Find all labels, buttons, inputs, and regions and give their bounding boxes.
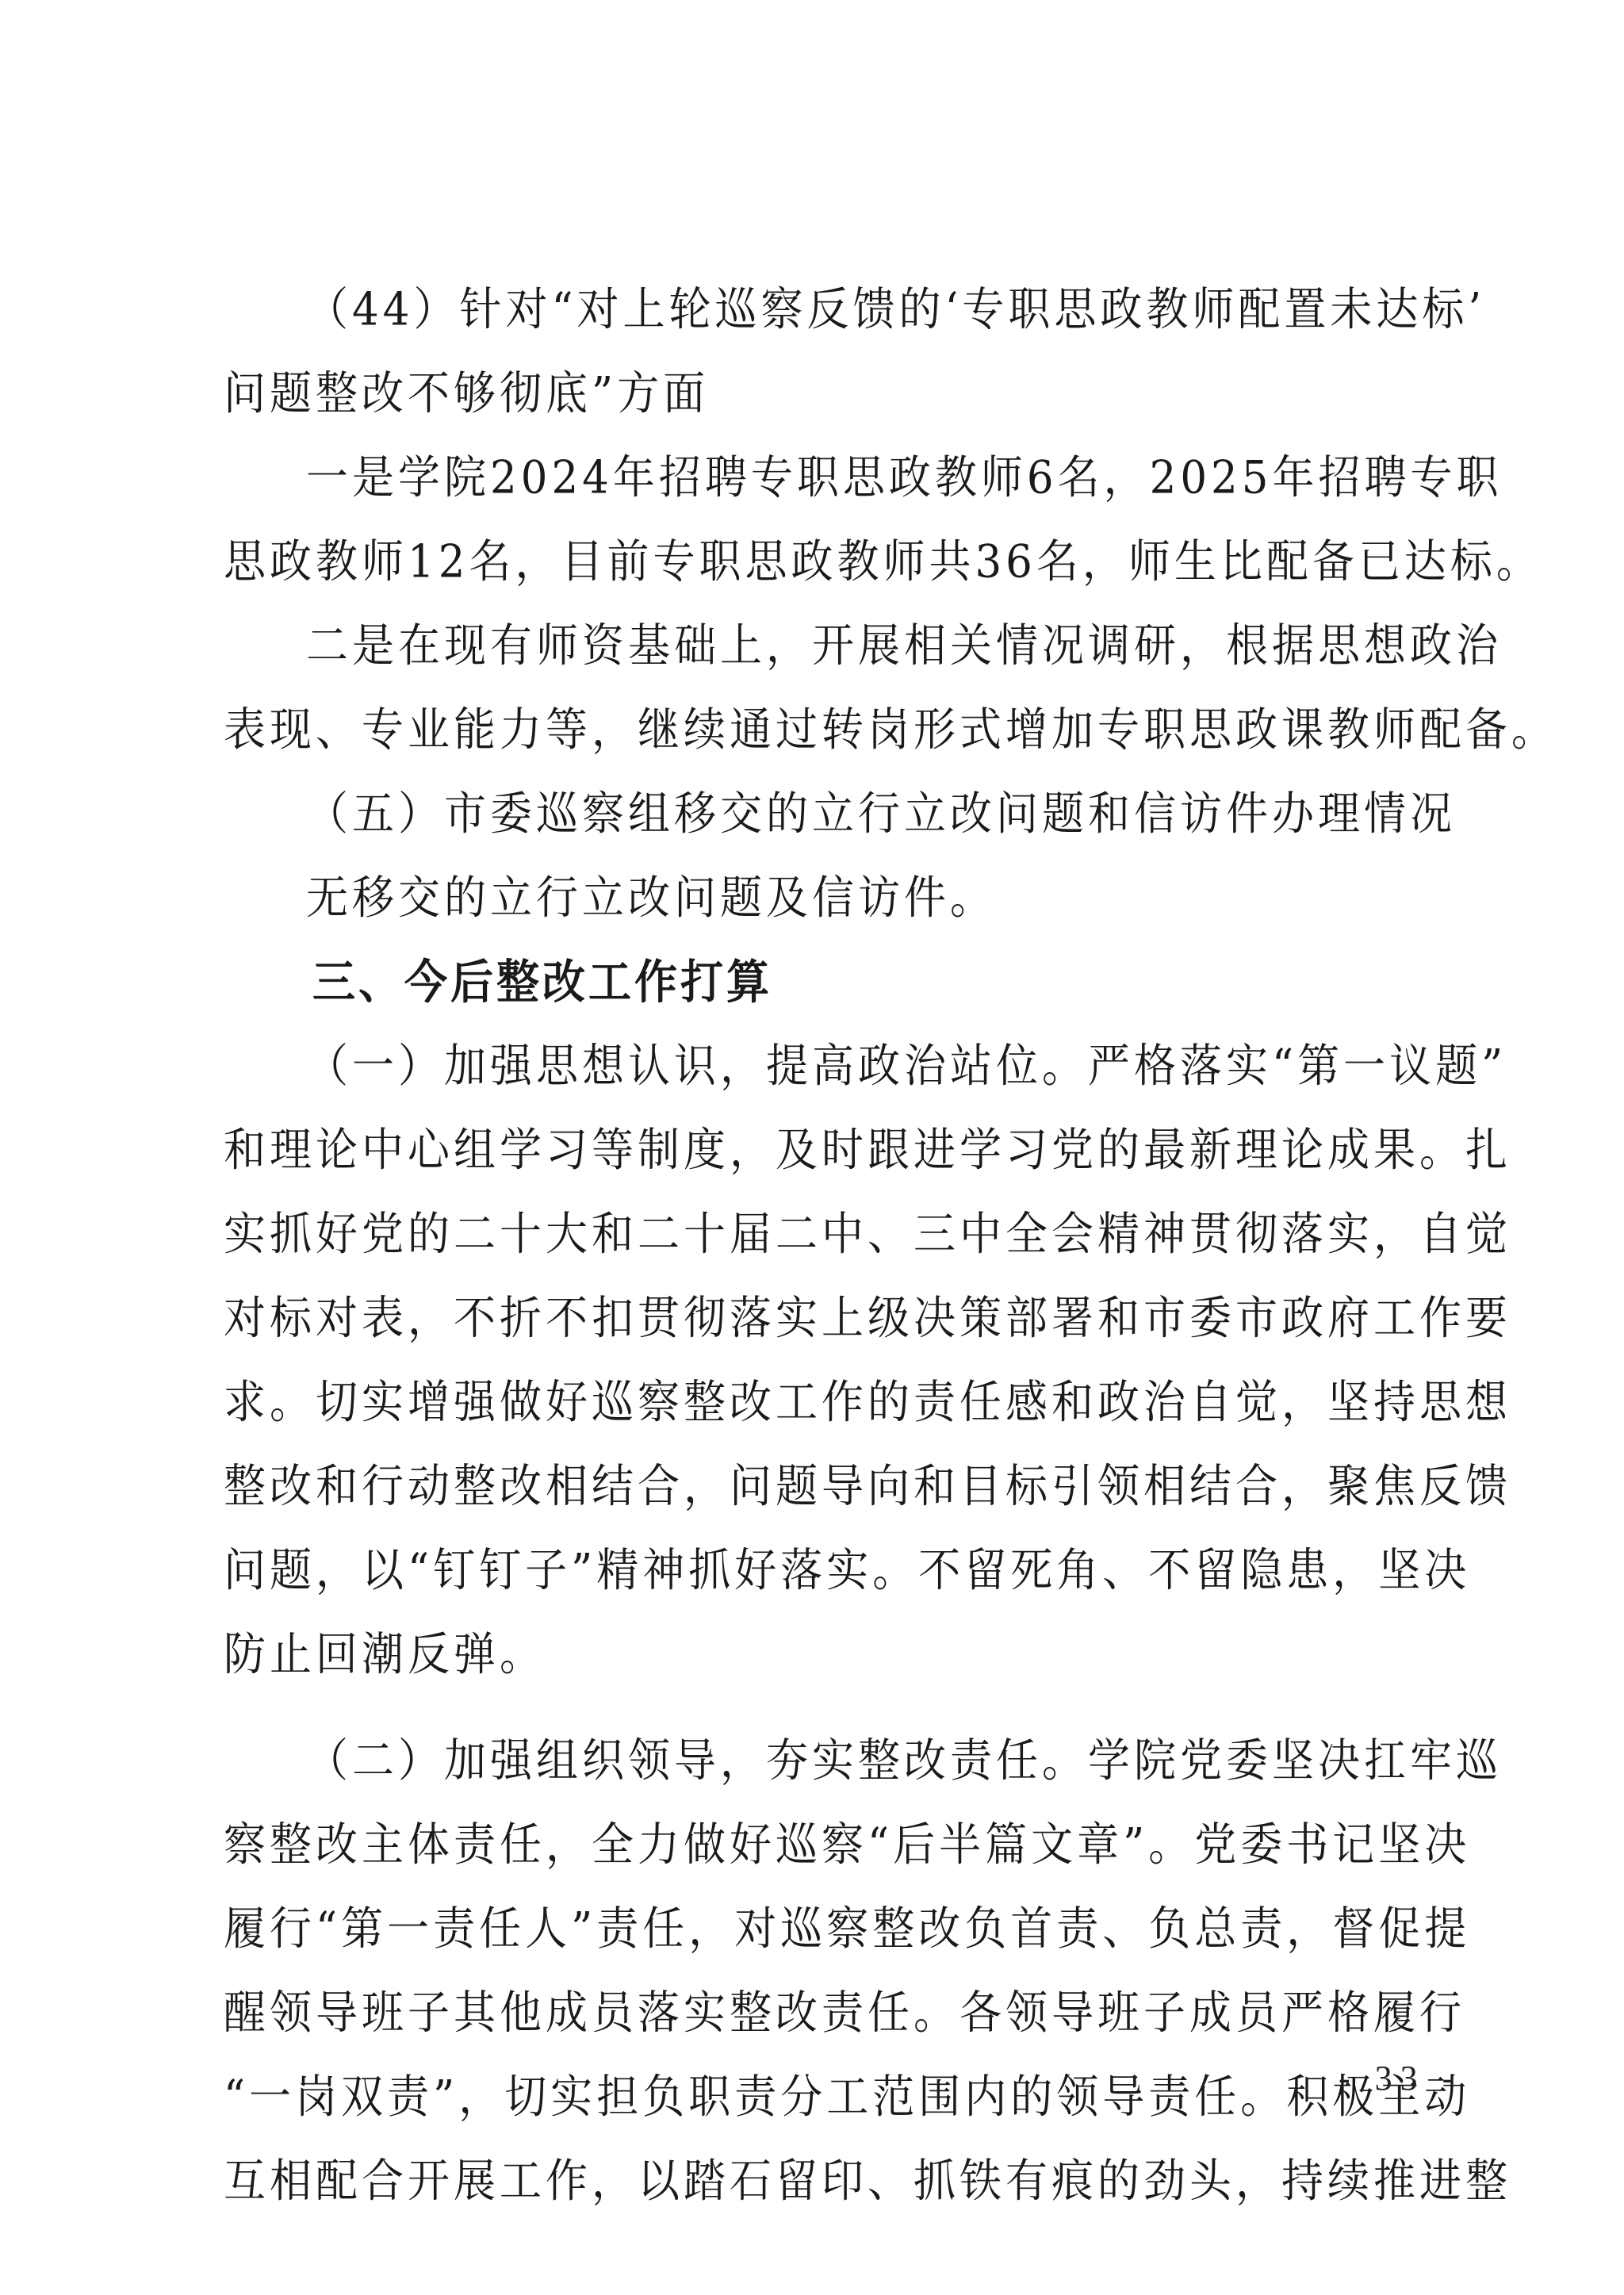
paragraph-first-measure-line-2: 思政教师12名，目前专职思政教师共36名，师生比配备已达标。 (224, 517, 1413, 607)
point-two-line-5: “一岗双责”，切实担负职责分工范围内的领导责任。积极主动 (224, 2052, 1413, 2143)
document-body: （44）针对“对上轮巡察反馈的‘专职思政教师配置未达标’ 问题整改不够彻底”方面… (224, 268, 1413, 2224)
point-two-line-2: 察整改主体责任，全力做好巡察“后半篇文章”。党委书记坚决 (224, 1800, 1413, 1891)
point-one-line-5: 求。切实增强做好巡察整改工作的责任感和政治自觉，坚持思想 (224, 1358, 1413, 1448)
point-two-line-3: 履行“第一责任人”责任，对巡察整改负首责、负总责，督促提 (224, 1884, 1413, 1975)
point-one-line-2: 和理论中心组学习等制度，及时跟进学习党的最新理论成果。扎 (224, 1105, 1413, 1196)
point-two-line-4: 醒领导班子其他成员落实整改责任。各领导班子成员严格履行 (224, 1968, 1413, 2059)
item-44-title-line-2: 问题整改不够彻底”方面 (224, 349, 1413, 439)
section-five-title: （五）市委巡察组移交的立行立改问题和信访件办理情况 (224, 769, 1413, 860)
chapter-three-heading: 三、今后整改工作打算 (224, 937, 1413, 1028)
document-page: （44）针对“对上轮巡察反馈的‘专职思政教师配置未达标’ 问题整改不够彻底”方面… (0, 0, 1624, 2295)
point-one-line-4: 对标对表，不折不扣贯彻落实上级决策部署和市委市政府工作要 (224, 1274, 1413, 1364)
paragraph-second-measure-line-2: 表现、专业能力等，继续通过转岗形式增加专职思政课教师配备。 (224, 685, 1413, 776)
point-one-line-6: 整改和行动整改相结合，问题导向和目标引领相结合，聚焦反馈 (224, 1442, 1413, 1532)
point-two-line-6: 互相配合开展工作，以踏石留印、抓铁有痕的劲头，持续推进整 (224, 2136, 1413, 2227)
point-one-line-8: 防止回潮反弹。 (224, 1610, 1413, 1700)
page-number: - 33 - (1339, 2058, 1461, 2098)
paragraph-first-measure-line-1: 一是学院2024年招聘专职思政教师6名，2025年招聘专职 (224, 433, 1413, 523)
paragraph-second-measure-line-1: 二是在现有师资基础上，开展相关情况调研，根据思想政治 (224, 601, 1413, 692)
section-five-content: 无移交的立行立改问题及信访件。 (224, 853, 1413, 944)
item-44-title-line-1: （44）针对“对上轮巡察反馈的‘专职思政教师配置未达标’ (224, 265, 1413, 355)
point-one-line-7: 问题，以“钉钉子”精神抓好落实。不留死角、不留隐患，坚决 (224, 1526, 1413, 1616)
point-one-line-1: （一）加强思想认识，提高政治站位。严格落实“第一议题” (224, 1021, 1413, 1112)
point-two-line-1: （二）加强组织领导，夯实整改责任。学院党委坚决扛牢巡 (224, 1716, 1413, 1806)
point-one-line-3: 实抓好党的二十大和二十届二中、三中全会精神贯彻落实，自觉 (224, 1190, 1413, 1280)
